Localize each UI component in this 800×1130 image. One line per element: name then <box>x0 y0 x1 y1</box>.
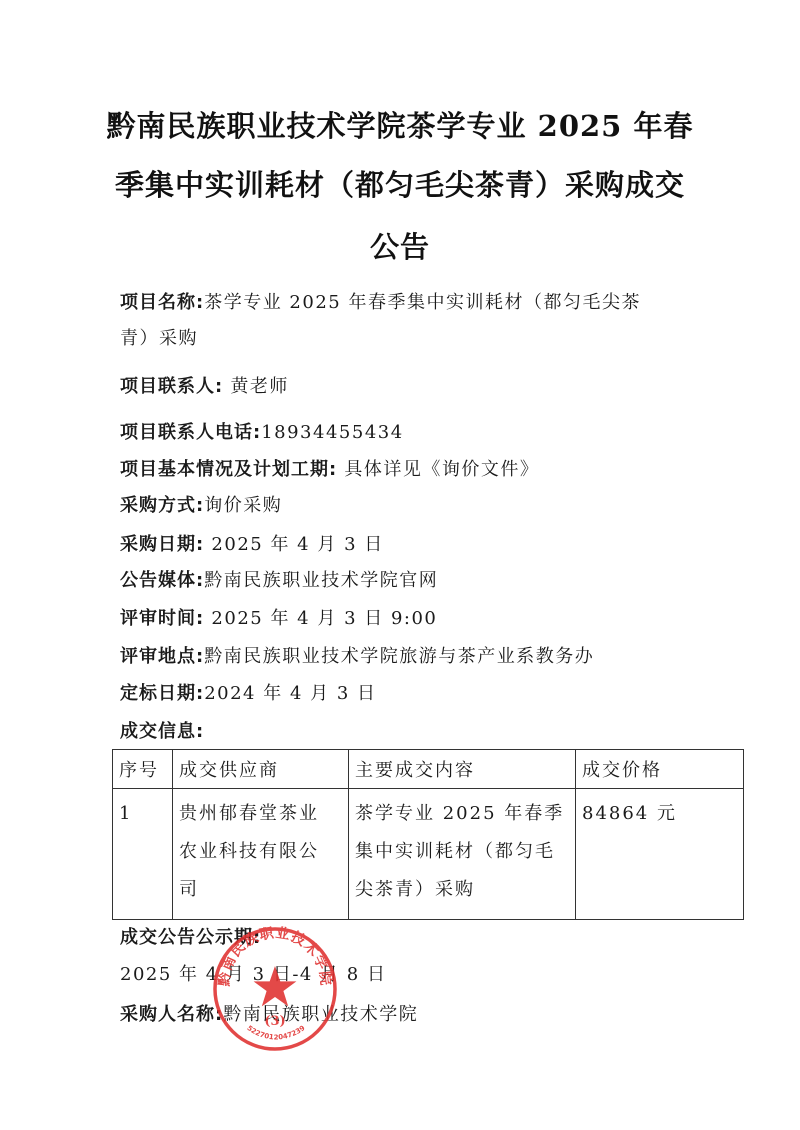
project-overview-value: 具体详见《询价文件》 <box>337 459 539 480</box>
project-overview-label: 项目基本情况及计划工期: <box>120 459 337 480</box>
supplier-line: 贵州郁春堂茶业 <box>179 795 342 833</box>
purchaser-row: 采购人名称:黔南民族职业技术学院 <box>120 1006 418 1024</box>
review-location-label: 评审地点: <box>120 646 204 667</box>
content-line: 茶学专业 2025 年春季 <box>355 795 569 833</box>
review-time-value: 2025 年 4 月 3 日 9:00 <box>204 608 437 629</box>
cell-price: 84864 元 <box>576 789 744 920</box>
contact-person-label: 项目联系人: <box>120 376 223 397</box>
contact-phone-row: 项目联系人电话:18934455434 <box>120 424 404 442</box>
procurement-date-value: 2025 年 4 月 3 日 <box>204 534 384 555</box>
deal-info-heading: 成交信息: <box>120 723 204 741</box>
announcement-media-label: 公告媒体: <box>120 570 204 591</box>
table-row: 1 贵州郁春堂茶业 农业科技有限公 司 茶学专业 2025 年春季 集中实训耗材… <box>113 789 744 920</box>
cell-supplier: 贵州郁春堂茶业 农业科技有限公 司 <box>173 789 349 920</box>
header-price: 成交价格 <box>576 750 744 789</box>
supplier-line: 农业科技有限公 <box>179 833 342 871</box>
deal-table: 序号 成交供应商 主要成交内容 成交价格 1 贵州郁春堂茶业 农业科技有限公 司… <box>112 749 744 920</box>
header-index: 序号 <box>113 750 173 789</box>
project-overview-row: 项目基本情况及计划工期: 具体详见《询价文件》 <box>120 461 539 479</box>
award-date-label: 定标日期: <box>120 683 204 704</box>
contact-phone-value: 18934455434 <box>261 422 403 443</box>
cell-content: 茶学专业 2025 年春季 集中实训耗材（都匀毛 尖茶青）采购 <box>349 789 576 920</box>
header-content: 主要成交内容 <box>349 750 576 789</box>
content-line: 集中实训耗材（都匀毛 <box>355 833 569 871</box>
header-supplier: 成交供应商 <box>173 750 349 789</box>
document-title-line-1: 黔南民族职业技术学院茶学专业 2025 年春 <box>100 112 700 141</box>
review-time-label: 评审时间: <box>120 608 204 629</box>
procurement-date-label: 采购日期: <box>120 534 204 555</box>
project-name-row: 项目名称:茶学专业 2025 年春季集中实训耗材（都匀毛尖茶 <box>120 294 641 312</box>
purchaser-value: 黔南民族职业技术学院 <box>223 1004 418 1025</box>
review-time-row: 评审时间: 2025 年 4 月 3 日 9:00 <box>120 610 437 628</box>
award-date-row: 定标日期:2024 年 4 月 3 日 <box>120 685 377 703</box>
contact-person-value: 黄老师 <box>223 376 289 397</box>
cell-index: 1 <box>113 789 173 920</box>
document-title-line-2: 季集中实训耗材（都匀毛尖茶青）采购成交 <box>100 171 700 200</box>
publicity-period-label: 成交公告公示期: <box>120 927 261 948</box>
project-name-continuation: 青）采购 <box>120 330 198 348</box>
review-location-row: 评审地点:黔南民族职业技术学院旅游与茶产业系教务办 <box>120 648 594 666</box>
procurement-date-row: 采购日期: 2025 年 4 月 3 日 <box>120 536 384 554</box>
announcement-media-row: 公告媒体:黔南民族职业技术学院官网 <box>120 572 438 590</box>
publicity-period-row: 2025 年 4 月 3 日-4 月 8 日 <box>120 966 386 984</box>
contact-person-row: 项目联系人: 黄老师 <box>120 378 289 396</box>
award-date-value: 2024 年 4 月 3 日 <box>204 683 376 704</box>
review-location-value: 黔南民族职业技术学院旅游与茶产业系教务办 <box>204 646 594 667</box>
project-name-label: 项目名称: <box>120 292 204 313</box>
deal-info-label: 成交信息: <box>120 721 204 742</box>
document-title-line-3: 公告 <box>100 233 700 262</box>
document-page: 黔南民族职业技术学院茶学专业 2025 年春 季集中实训耗材（都匀毛尖茶青）采购… <box>0 0 800 1130</box>
supplier-line: 司 <box>179 871 342 909</box>
publicity-period-heading: 成交公告公示期: <box>120 929 261 947</box>
publicity-period-value: 2025 年 4 月 3 日-4 月 8 日 <box>120 964 386 985</box>
project-name-value: 茶学专业 2025 年春季集中实训耗材（都匀毛尖茶 <box>204 292 641 313</box>
procurement-method-row: 采购方式:询价采购 <box>120 497 282 515</box>
content-line: 尖茶青）采购 <box>355 871 569 909</box>
purchaser-label: 采购人名称: <box>120 1004 223 1025</box>
procurement-method-value: 询价采购 <box>204 495 282 516</box>
procurement-method-label: 采购方式: <box>120 495 204 516</box>
announcement-media-value: 黔南民族职业技术学院官网 <box>204 570 438 591</box>
contact-phone-label: 项目联系人电话: <box>120 422 261 443</box>
project-name-value-continued: 青）采购 <box>120 328 198 349</box>
deal-table-header-row: 序号 成交供应商 主要成交内容 成交价格 <box>113 750 744 789</box>
seal-code: 5227012047239 <box>245 1024 306 1041</box>
